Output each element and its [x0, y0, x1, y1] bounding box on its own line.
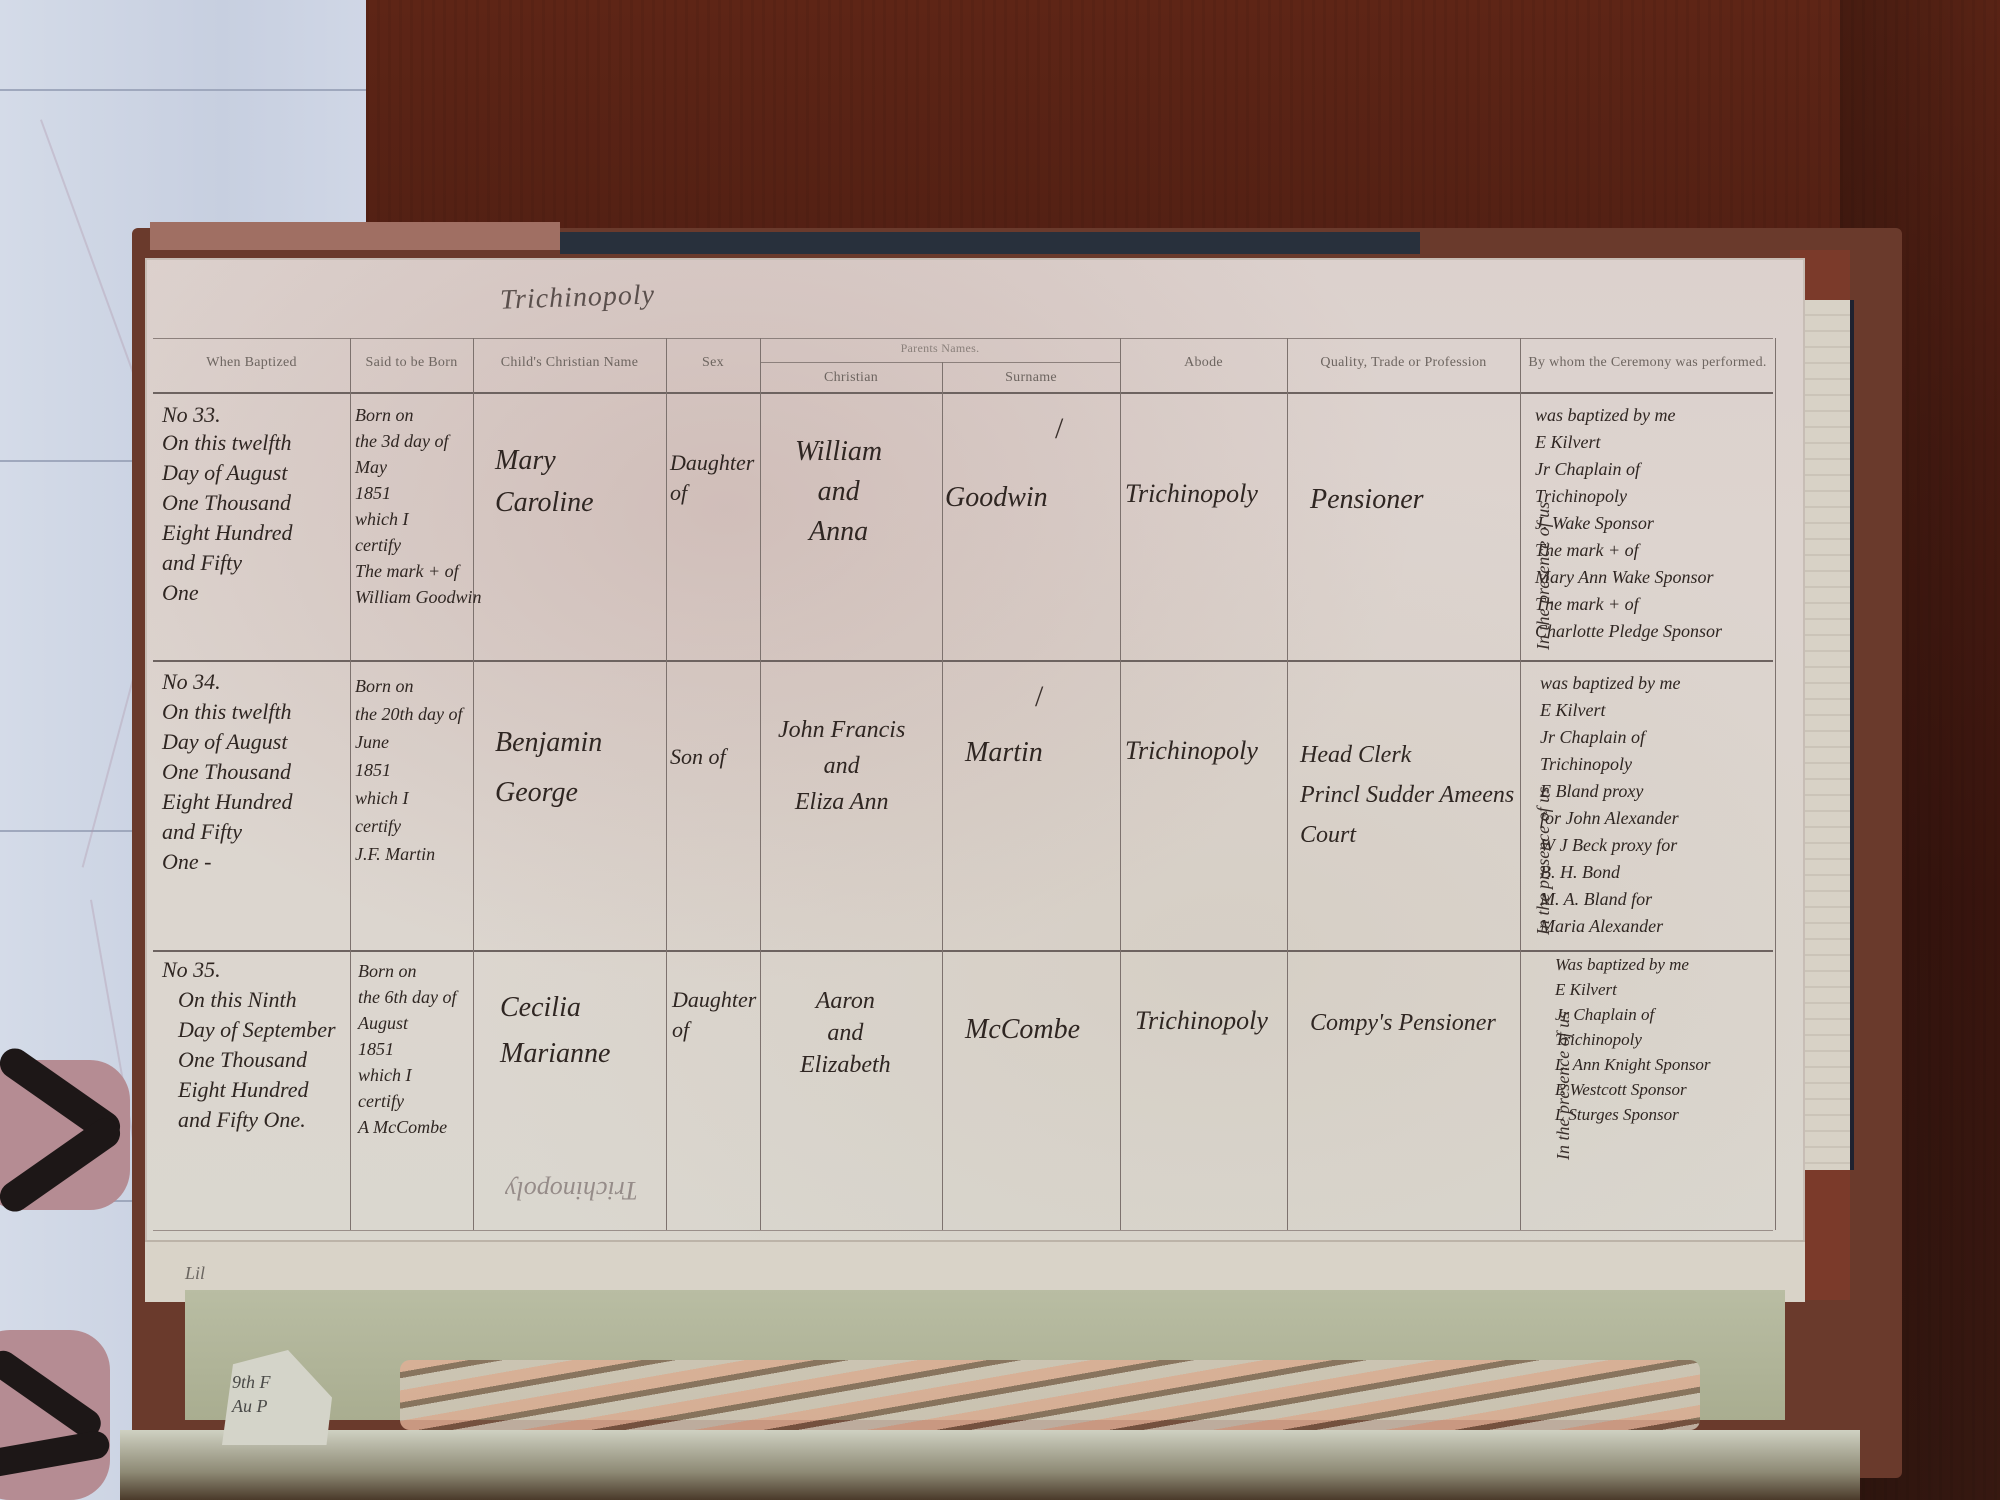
profession: Head Clerk Princl Sudder Ameens Court [1300, 735, 1514, 855]
col-divider [1287, 338, 1288, 1230]
col-divider [760, 338, 761, 1230]
child-name: Mary Caroline [495, 440, 594, 524]
witness-note: In the presence of us [1533, 502, 1554, 650]
col-divider [350, 338, 351, 1230]
torn-spine-debris [400, 1360, 1700, 1430]
margin-note: Lil [185, 1262, 205, 1284]
row-divider-2 [153, 950, 1773, 952]
header-parents-names: Parents Names. [760, 341, 1120, 356]
header-when-baptized: When Baptized [153, 355, 350, 371]
bottom-binding [120, 1430, 1860, 1500]
when-baptized: On this twelfth Day of August One Thousa… [162, 428, 293, 608]
header-bottom-rule [153, 392, 1773, 394]
cover-torn-edge [150, 222, 560, 250]
abode: Trichinopoly [1135, 1005, 1268, 1038]
header-said-to-be-born: Said to be Born [350, 355, 473, 371]
row-divider-1 [153, 660, 1773, 662]
header-performed-by: By whom the Ceremony was performed. [1520, 355, 1775, 371]
surname: Martin [965, 735, 1043, 770]
header-profession: Quality, Trade or Profession [1287, 355, 1520, 371]
cover-blue-band [560, 232, 1420, 254]
sex: Daughter of [670, 448, 754, 508]
header-sex: Sex [666, 355, 760, 371]
next-page-edge [1800, 300, 1854, 1170]
parents-christian: John Francis and Eliza Ann [778, 712, 905, 820]
said-to-be-born: Born on the 6th day of August 1851 which… [358, 958, 456, 1140]
abode: Trichinopoly [1125, 735, 1258, 768]
said-to-be-born: Born on the 20th day of June 1851 which … [355, 672, 462, 868]
place-heading: Trichinopoly [499, 279, 655, 316]
ceremony-performed-by: was baptized by me E Kilvert Jr Chaplain… [1540, 670, 1680, 940]
sex: Son of [670, 742, 726, 772]
check-mark: / [1055, 412, 1063, 446]
scrap-note: 9th F Au P [232, 1370, 271, 1418]
col-divider [1775, 338, 1776, 1230]
entry-number: No 35. [162, 955, 221, 985]
sex: Daughter of [672, 985, 756, 1045]
said-to-be-born: Born on the 3d day of May 1851 which I c… [355, 402, 482, 610]
header-child-name: Child's Christian Name [473, 355, 666, 371]
entry-number: No 34. [162, 667, 221, 697]
col-divider [666, 338, 667, 1230]
mirrored-bleedthrough-text: Trichinopoly [505, 1175, 638, 1205]
profession: Pensioner [1310, 482, 1424, 517]
parents-christian: Aaron and Elizabeth [800, 985, 891, 1081]
surname: McCombe [965, 1012, 1080, 1047]
check-mark: / [1035, 680, 1043, 714]
when-baptized: On this Ninth Day of September One Thous… [178, 985, 336, 1135]
surname: Goodwin [945, 480, 1048, 515]
when-baptized: On this twelfth Day of August One Thousa… [162, 697, 293, 877]
entry-number: No 33. [162, 400, 221, 430]
col-divider [942, 362, 943, 1230]
table-bottom-rule [153, 1230, 1773, 1231]
header-top-rule [153, 338, 1773, 339]
parents-subheader-rule [760, 362, 1120, 363]
witness-note: In the presence of us [1553, 1012, 1574, 1160]
child-name: Cecilia Marianne [500, 985, 610, 1077]
header-abode: Abode [1120, 355, 1287, 371]
header-parents-christian: Christian [760, 370, 942, 386]
col-divider [1120, 338, 1121, 1230]
col-divider [1520, 338, 1521, 1230]
witness-note: In the presence of us [1533, 787, 1554, 935]
header-parents-surname: Surname [942, 370, 1120, 386]
ceremony-performed-by: Was baptized by me E Kilvert Jr Chaplain… [1555, 952, 1711, 1127]
ceremony-performed-by: was baptized by me E Kilvert Jr Chaplain… [1535, 402, 1722, 645]
abode: Trichinopoly [1125, 478, 1258, 511]
child-name: Benjamin George [495, 718, 602, 818]
profession: Compy's Pensioner [1310, 1008, 1496, 1038]
parents-christian: William and Anna [795, 432, 882, 552]
